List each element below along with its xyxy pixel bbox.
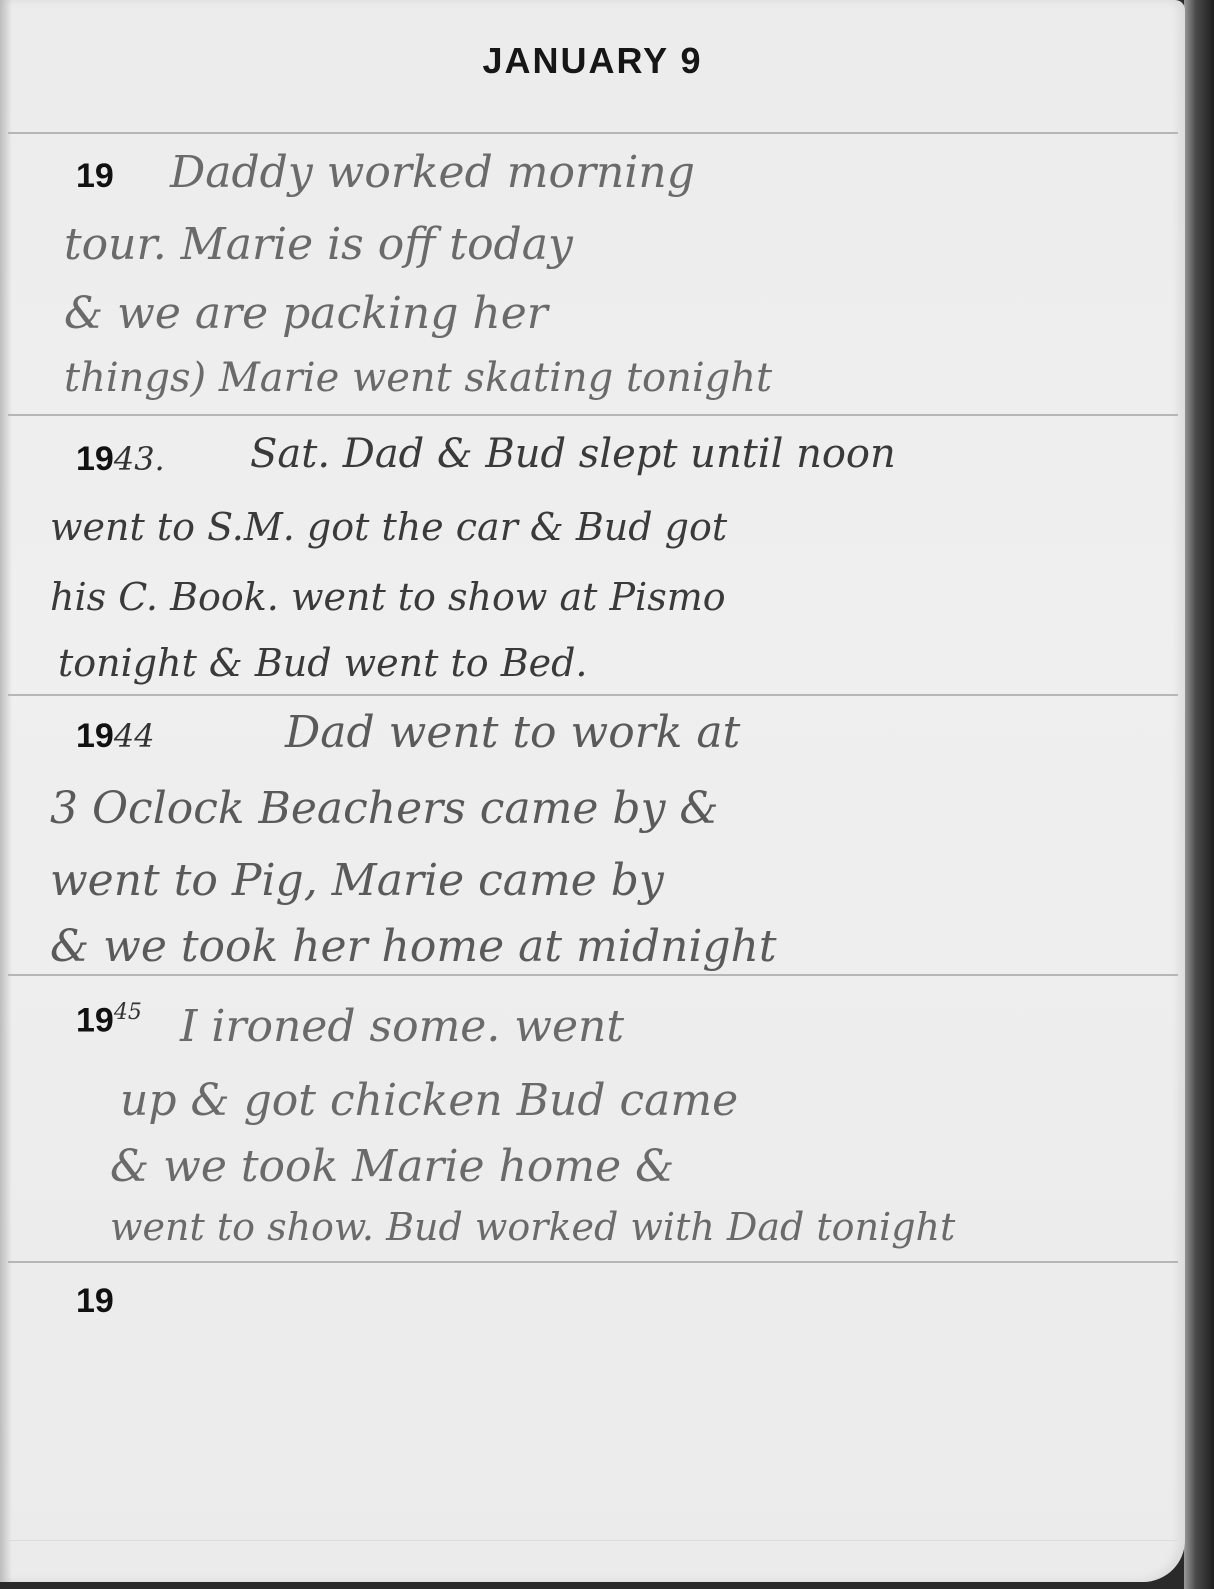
- entry-line: up & got chicken Bud came: [120, 1075, 738, 1126]
- entry-line: I ironed some. went: [180, 1001, 624, 1052]
- entry-line: & we took Marie home &: [110, 1141, 674, 1192]
- diary-entry: 1943. Sat. Dad & Bud slept until noon we…: [0, 415, 1185, 694]
- diary-entry: 19 Daddy worked morning tour. Marie is o…: [0, 133, 1185, 414]
- entry-line: Sat. Dad & Bud slept until noon: [250, 431, 896, 477]
- entry-year: 1945: [76, 1000, 142, 1040]
- entry-line: went to Pig, Marie came by: [50, 855, 664, 906]
- entry-line: & we are packing her: [64, 288, 548, 339]
- entry-year: 1944: [76, 717, 155, 756]
- entry-line: tonight & Bud went to Bed.: [58, 641, 588, 685]
- diary-entry: 19: [0, 1262, 1185, 1552]
- entry-year: 1943.: [76, 440, 165, 479]
- diary-page: JANUARY 9 19 Daddy worked morning tour. …: [0, 0, 1185, 1582]
- entry-line: Dad went to work at: [285, 707, 740, 758]
- entry-year: 19: [76, 1282, 114, 1321]
- entry-line: his C. Book. went to show at Pismo: [50, 575, 726, 619]
- entry-line: went to S.M. got the car & Bud got: [50, 505, 727, 549]
- book-edge: [1184, 0, 1214, 1589]
- entry-line: tour. Marie is off today: [64, 219, 573, 270]
- entry-line: Daddy worked morning: [170, 147, 695, 198]
- entry-line: things) Marie went skating tonight: [64, 355, 772, 401]
- entry-line: & we took her home at midnight: [50, 921, 777, 972]
- entry-line: 3 Oclock Beachers came by &: [50, 783, 719, 834]
- entry-line: went to show. Bud worked with Dad tonigh…: [110, 1205, 955, 1249]
- diary-entry: 1944 Dad went to work at 3 Oclock Beache…: [0, 695, 1185, 974]
- entry-year: 19: [76, 157, 114, 196]
- page-title: JANUARY 9: [0, 40, 1185, 82]
- diary-entry: 1945 I ironed some. went up & got chicke…: [0, 975, 1185, 1261]
